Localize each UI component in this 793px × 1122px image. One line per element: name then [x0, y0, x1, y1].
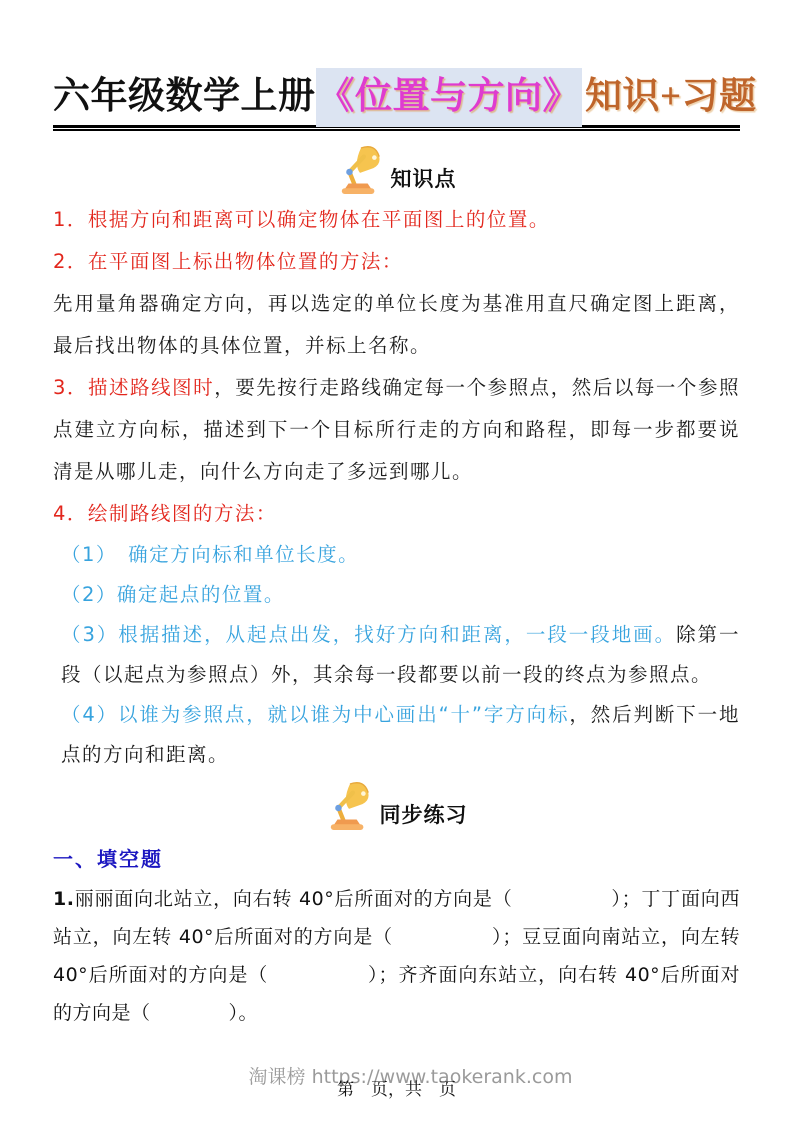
title-topic-highlight: 《位置与方向》	[316, 68, 583, 127]
knowledge-substep-3: （3）根据描述，从起点出发，找好方向和距离，一段一段地画。除第一段（以起点为参照…	[53, 615, 740, 695]
question-1-number: 1.	[53, 888, 74, 910]
knowledge-substep-4-lead: （4）以谁为参照点，就以谁为中心画出“十”字方向标	[61, 703, 569, 726]
knowledge-substep-4: （4）以谁为参照点，就以谁为中心画出“十”字方向标，然后判断下一地点的方向和距离…	[53, 695, 740, 775]
title-grade-part: 六年级数学上册	[53, 76, 316, 117]
page-footer: 淘课榜 https://www.taokerank.com 第 页，共 页	[0, 1056, 793, 1106]
question-1: 1.丽丽面向北站立，向右转 40°后所面对的方向是（ ）；丁丁面向西站立，向左转…	[53, 880, 740, 1032]
knowledge-substep-2: （2）确定起点的位置。	[53, 575, 740, 615]
practice-section-label: 同步练习	[380, 799, 468, 833]
knowledge-substep-1-text: （1） 确定方向标和单位长度。	[61, 543, 359, 566]
knowledge-point-2-text: 2．在平面图上标出物体位置的方法：	[53, 250, 403, 273]
knowledge-point-2-detail: 先用量角器确定方向，再以选定的单位长度为基准用直尺确定图上距离，最后找出物体的具…	[53, 283, 740, 367]
knowledge-points: 1．根据方向和距离可以确定物体在平面图上的位置。 2．在平面图上标出物体位置的方…	[53, 199, 740, 775]
knowledge-point-1-text: 1．根据方向和距离可以确定物体在平面图上的位置。	[53, 208, 550, 231]
page-content: 六年级数学上册《位置与方向》知识+习题 知识点 1．根据方向和距离可以确定物体在…	[0, 72, 793, 1032]
knowledge-point-2: 2．在平面图上标出物体位置的方法：	[53, 241, 740, 283]
fill-in-blank-heading: 一、填空题	[53, 843, 740, 872]
knowledge-substep-2-text: （2）确定起点的位置。	[61, 583, 285, 606]
knowledge-point-2-detail-text: 先用量角器确定方向，再以选定的单位长度为基准用直尺确定图上距离，最后找出物体的具…	[53, 292, 740, 357]
document-title: 六年级数学上册《位置与方向》知识+习题	[53, 72, 740, 122]
knowledge-point-4: 4．绘制路线图的方法：	[53, 493, 740, 535]
question-1-text: 丽丽面向北站立，向右转 40°后所面对的方向是（ ）；丁丁面向西站立，向左转 4…	[53, 888, 740, 1024]
knowledge-point-3-lead: 3．描述路线图时	[53, 376, 214, 399]
knowledge-section-label: 知识点	[391, 163, 457, 197]
page-number-label: 第 页，共 页	[337, 1075, 456, 1100]
knowledge-substep-3-lead: （3）根据描述，从起点出发，找好方向和距离，一段一段地画。	[61, 623, 676, 646]
knowledge-point-3: 3．描述路线图时，要先按行走路线确定每一个参照点，然后以每一个参照点建立方向标，…	[53, 367, 740, 493]
worksheet-page: 六年级数学上册《位置与方向》知识+习题 知识点 1．根据方向和距离可以确定物体在…	[0, 0, 793, 1122]
knowledge-point-1: 1．根据方向和距离可以确定物体在平面图上的位置。	[53, 199, 740, 241]
knowledge-section-header: 知识点	[53, 143, 740, 197]
practice-section-header: 同步练习	[53, 779, 740, 833]
knowledge-point-4-text: 4．绘制路线图的方法：	[53, 502, 277, 525]
title-suffix-part: 知识+习题	[582, 76, 757, 117]
desk-lamp-icon	[326, 781, 372, 833]
desk-lamp-icon	[337, 145, 383, 197]
knowledge-substep-1: （1） 确定方向标和单位长度。	[53, 535, 740, 575]
